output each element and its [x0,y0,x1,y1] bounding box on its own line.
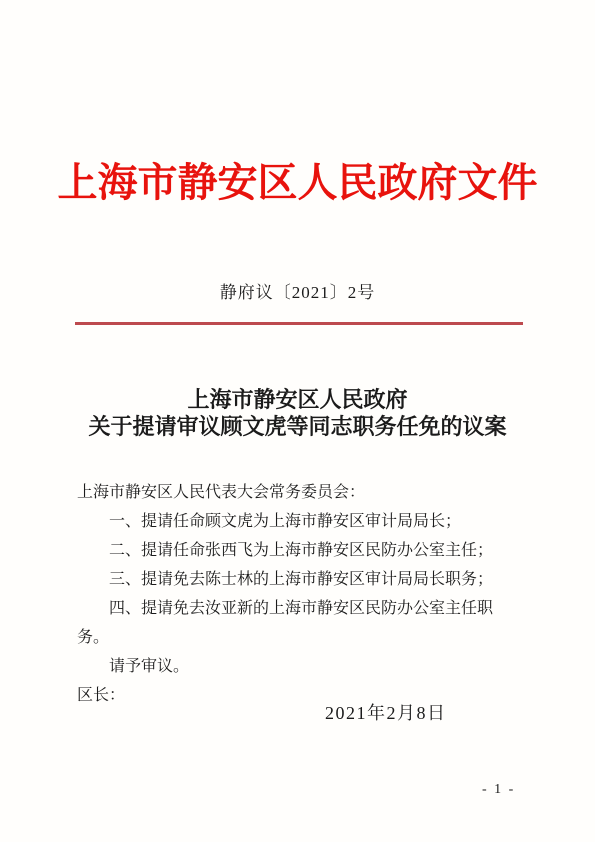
list-item-4: 四、提请免去汝亚新的上海市静安区民防办公室主任职务。 [77,594,523,652]
closing-line: 请予审议。 [77,652,523,681]
salutation-line: 上海市静安区人民代表大会常务委员会： [77,478,523,507]
document-title-line2: 关于提请审议顾文虎等同志职务任免的议案 [0,413,595,440]
document-body: 上海市静安区人民代表大会常务委员会： 一、提请任命顾文虎为上海市静安区审计局局长… [77,478,523,710]
list-item-1: 一、提请任命顾文虎为上海市静安区审计局局长； [77,507,523,536]
signature-label: 区长： [77,681,523,710]
list-item-2: 二、提请任命张西飞为上海市静安区民防办公室主任； [77,536,523,565]
document-date: 2021年2月8日 [325,699,447,725]
doc-reference-number: 静府议〔2021〕2号 [0,278,595,303]
document-title-line1: 上海市静安区人民政府 [0,386,595,413]
red-divider-line [75,322,523,325]
document-title: 上海市静安区人民政府 关于提请审议顾文虎等同志职务任免的议案 [0,386,595,440]
document-page: 上海市静安区人民政府文件 静府议〔2021〕2号 上海市静安区人民政府 关于提请… [0,0,595,842]
list-item-3: 三、提请免去陈士林的上海市静安区审计局局长职务； [77,565,523,594]
page-number: - 1 - [482,782,515,798]
document-header-title: 上海市静安区人民政府文件 [0,160,595,206]
